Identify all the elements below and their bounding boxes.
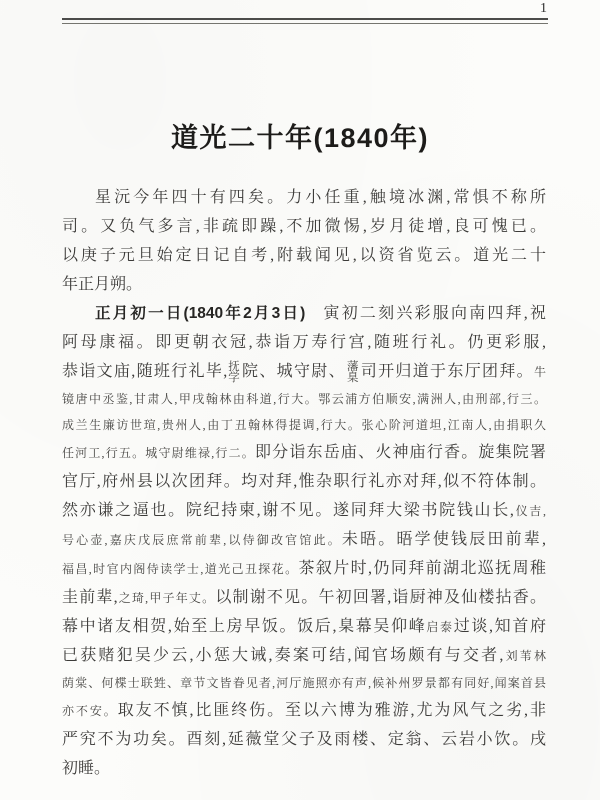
text-line: 荫棠、何楪士联甡、章节文皆眷见者,河厅施照亦有声,候补州罗景都有同好,闻案首县 <box>62 670 546 696</box>
text-run: 圭前辈, <box>62 589 118 606</box>
text-line: 阿母康福。即更朝衣冠,恭诣万寿行宫,随班行礼。仍更彩服, <box>62 328 546 357</box>
annotation-run: 荫棠、何楪士联甡、章节文皆眷见者,河厅施照亦有声,候补州罗景都有同好,闻案首县 <box>62 676 546 690</box>
page-number: 1 <box>540 1 547 17</box>
page-title: 道光二十年(1840年) <box>0 116 600 155</box>
text-run: 官厅,府州县以次团拜。均对拜,惟杂职行礼亦对拜,似不符体制。 <box>62 473 546 490</box>
annotation-run: 任河工,行五。城守尉维禄,行二。 <box>62 446 255 460</box>
text-line: 号心壶,嘉庆戊辰庶常前辈,以侍御改官馆此。未晤。晤学使钱辰田前辈, <box>62 525 546 554</box>
text-line: 已获赌犯吴少云,小惩大诫,奏案可结,闻官场颇有与交者,刘苇林 <box>62 641 546 670</box>
text-run: 院、城守尉、 <box>241 363 346 380</box>
text-run: 即分诣东岳庙、火神庙行香。旋集院署 <box>255 444 546 461</box>
text-run: 取友不慎,比匪终伤。至以六博为雅游,尤为风气之劣,非 <box>118 702 546 719</box>
text-line: 初睡。 <box>62 754 546 783</box>
annotation-run: 亦不安。 <box>62 704 118 718</box>
text-line: 圭前辈,之琦,甲子年丈。以制谢不见。午初回署,诣厨神及仙楼拈香。 <box>62 583 546 612</box>
text-run: 幕中诸友相贺,始至上房早饭。饭后,臬幕吴仰峰 <box>62 618 426 635</box>
annotation-run: 镜唐中丞鉴,甘肃人,甲戌翰林由科道,行大。鄂云浦方伯顺安,满洲人,由刑部,行三。 <box>62 392 546 406</box>
text-line: 年正月朔。 <box>62 270 546 299</box>
annotation-run: 福昌,时官内阁侍读学士,道光己丑探花。 <box>62 562 298 576</box>
text-line: 司。又负气多言,非疏即躁,不加微惕,岁月徒增,良可愧已。 <box>62 212 546 241</box>
text-run: 过谈,知首府 <box>454 618 546 635</box>
text-line: 幕中诸友相贺,始至上房早饭。饭后,臬幕吴仰峰启泰过谈,知首府 <box>62 612 546 641</box>
annotation-run: 启泰 <box>426 620 453 634</box>
text-run: 司。又负气多言,非疏即躁,不加微惕,岁月徒增,良可愧已。 <box>62 218 546 235</box>
text-line: 恭诣文庙,随班行礼毕,抚学院、城守尉、藩臬司开归道于东厅团拜。牛 <box>62 357 546 386</box>
stacked-char: 学 <box>228 373 240 385</box>
text-run: 然亦谦之逼也。院纪持柬,谢不见。遂同拜大梁书院钱山长, <box>62 502 514 519</box>
text-run: 已获赌犯吴少云,小惩大诫,奏案可结,闻官场颇有与交者, <box>62 647 503 664</box>
text-line: 星沅今年四十有四矣。力小任重,触境冰渊,常惧不称所 <box>62 183 546 212</box>
text-run: 茶叙片时,仍同拜前湖北巡抚周稚 <box>298 560 546 577</box>
interlinear-annotation: 藩臬 <box>347 362 359 385</box>
text-line: 镜唐中丞鉴,甘肃人,甲戌翰林由科道,行大。鄂云浦方伯顺安,满洲人,由刑部,行三。 <box>62 386 546 412</box>
text-line: 正月初一日(1840年2月3日)寅初二刻兴彩服向南四拜,祝 <box>62 299 546 328</box>
annotation-run: 仪吉, <box>514 504 546 518</box>
text-run: 以庚子元旦始定日记自考,附载闻见,以资省览云。道光二十 <box>62 247 546 264</box>
text-run: 星沅今年四十有四矣。力小任重,触境冰渊,常惧不称所 <box>95 189 546 206</box>
text-run: 恭诣文庙,随班行礼毕, <box>62 363 227 380</box>
annotation-run: 号心壶,嘉庆戊辰庶常前辈,以侍御改官馆此。 <box>62 533 342 547</box>
text-line: 然亦谦之逼也。院纪持柬,谢不见。遂同拜大梁书院钱山长,仪吉, <box>62 496 546 525</box>
text-run: 以制谢不见。午初回署,诣厨神及仙楼拈香。 <box>215 589 546 606</box>
text-run: 阿母康福。即更朝衣冠,恭诣万寿行宫,随班行礼。仍更彩服, <box>62 334 546 351</box>
annotation-run: 牛 <box>534 365 546 379</box>
text-run: 初睡。 <box>62 760 110 777</box>
date-heading: 正月初一日(1840年2月3日) <box>95 305 305 322</box>
body-text: 星沅今年四十有四矣。力小任重,触境冰渊,常惧不称所司。又负气多言,非疏即躁,不加… <box>62 183 546 783</box>
stacked-char: 臬 <box>347 373 359 385</box>
text-line: 严究不为功矣。酉刻,延薇堂父子及雨楼、定翁、云岩小饮。戌 <box>62 725 546 754</box>
text-run: 严究不为功矣。酉刻,延薇堂父子及雨楼、定翁、云岩小饮。戌 <box>62 731 546 748</box>
interlinear-annotation: 抚学 <box>228 362 240 385</box>
text-line: 福昌,时官内阁侍读学士,道光己丑探花。茶叙片时,仍同拜前湖北巡抚周稚 <box>62 554 546 583</box>
text-run: 年正月朔。 <box>62 276 142 293</box>
text-run: 寅初二刻兴彩服向南四拜,祝 <box>321 305 546 322</box>
text-line: 任河工,行五。城守尉维禄,行二。即分诣东岳庙、火神庙行香。旋集院署 <box>62 438 546 467</box>
text-run: 司开归道于东厅团拜。 <box>359 363 534 380</box>
annotation-run: 之琦,甲子年丈。 <box>118 591 216 605</box>
header-double-rule <box>62 18 548 24</box>
text-line: 亦不安。取友不慎,比匪终伤。至以六博为雅游,尤为风气之劣,非 <box>62 696 546 725</box>
text-run: 未晤。晤学使钱辰田前辈, <box>342 531 546 548</box>
annotation-run: 成兰生廉访世瑄,贵州人,由丁丑翰林得提调,行大。张心阶河道坦,江南人,由捐职久 <box>62 418 546 432</box>
text-line: 成兰生廉访世瑄,贵州人,由丁丑翰林得提调,行大。张心阶河道坦,江南人,由捐职久 <box>62 412 546 438</box>
text-line: 以庚子元旦始定日记自考,附载闻见,以资省览云。道光二十 <box>62 241 546 270</box>
scanned-book-page: 1 道光二十年(1840年) 星沅今年四十有四矣。力小任重,触境冰渊,常惧不称所… <box>0 0 600 800</box>
text-line: 官厅,府州县以次团拜。均对拜,惟杂职行礼亦对拜,似不符体制。 <box>62 467 546 496</box>
annotation-run: 刘苇林 <box>503 649 546 663</box>
